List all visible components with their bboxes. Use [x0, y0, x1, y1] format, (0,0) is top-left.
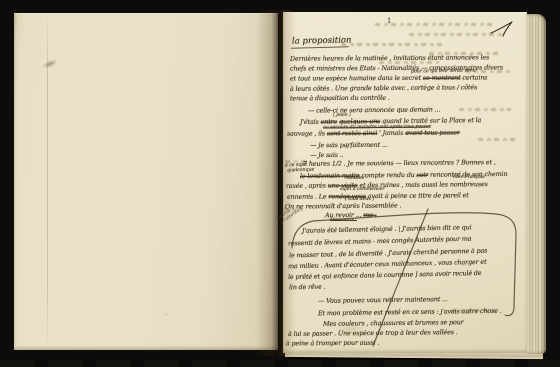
handwritten-text: — Je sais ..: [310, 151, 344, 159]
paper-stain: [164, 313, 169, 316]
manuscript-line: J'aurais été tellement éloigné . | J'aur…: [302, 223, 472, 235]
handwritten-text: rasée , après: [286, 182, 328, 190]
handwritten-text: ' Jamais: [377, 129, 405, 137]
handwritten-text: et tout une espèce humaine dans le secre…: [290, 74, 423, 83]
manuscript-line: — Vous pouvez vous retirer maintenant ..…: [318, 295, 448, 305]
decorative-strip: [0, 360, 560, 367]
manuscript-line: On ne reconnaît d'après l'assemblée .: [285, 201, 401, 210]
ink-corner-mark: [489, 20, 519, 40]
manuscript-line: Messieurs .: [330, 218, 357, 223]
manuscript-line: — celle-ci ne sera annoncée que demain .…: [308, 105, 440, 114]
handwritten-text: J'étais: [300, 118, 321, 126]
manuscript-line: rasée , après une visite et des ruines ,…: [286, 180, 488, 190]
struck-text: soir: [416, 171, 428, 179]
bleedthrough-mark: [341, 43, 446, 46]
handwritten-text: certains: [460, 73, 487, 81]
handwritten-text: 7 heures 1/2 . Je me souviens — lieux re…: [303, 158, 496, 168]
bleedthrough-mark: [375, 23, 493, 26]
handwritten-text: Mes couleurs , chaussures et brumes se p…: [323, 318, 464, 328]
handwritten-text: ennemis . Le: [287, 192, 328, 200]
margin-note: reprise à l'attente: [276, 204, 301, 226]
handwritten-text: ?: [346, 146, 348, 151]
handwritten-text: ressenti de lèvres et mains - mes congés…: [288, 235, 472, 248]
handwritten-text: Et mon problème est resté en ce sens : j…: [318, 307, 502, 318]
page-number: 1: [387, 17, 391, 25]
bleedthrough-mark: [459, 108, 511, 111]
title-underline: [291, 46, 349, 49]
handwritten-text: tenue à disposition du contrôle .: [290, 94, 390, 103]
fore-edge-page-stack: [527, 14, 546, 354]
handwritten-text: à lui se passer . Une espèce de trop à l…: [288, 328, 458, 338]
manuscript-line: tenue à disposition du contrôle .: [290, 94, 390, 103]
right-page: 1 la proposition Dernières heures de la …: [283, 12, 527, 353]
manuscript-line: 7 heures 1/2 . Je me souviens — lieux re…: [303, 158, 496, 168]
manuscript-line: ma milieu . Avant d'écouter ceux malchan…: [288, 258, 487, 271]
paper-stain: [41, 58, 58, 70]
handwritten-text: compte rendu du: [360, 171, 417, 180]
manuscript-line: et tout une espèce humaine dans le secre…: [290, 73, 487, 82]
manuscript-line: — Je sais ..: [310, 151, 344, 159]
handwritten-text: — Vous pouvez vous retirer maintenant ..…: [318, 295, 448, 305]
manuscript-line: ?: [346, 146, 348, 151]
manuscript-line: — Je sais parfaitement ...: [310, 141, 388, 150]
handwritten-text: à leurs côtés . Une grande table avec , …: [290, 83, 477, 93]
struck-text: sont restés ainsi: [327, 129, 377, 137]
manuscript-line: Dernières heures de la matinée , invitat…: [290, 53, 489, 62]
manuscript-line: sauvage , ils sont restés ainsi ' Jamais…: [287, 128, 460, 137]
handwritten-text: lin de rêve .: [289, 283, 326, 292]
struck-text: avant tous passer: [405, 128, 460, 136]
handwritten-text: ma milieu . Avant d'écouter ceux malchan…: [288, 258, 487, 271]
handwritten-text: On ne reconnaît d'après l'assemblée .: [285, 201, 401, 210]
manuscript-line: Mes couleurs , chaussures et brumes se p…: [323, 318, 464, 328]
manuscript-line: ressenti de lèvres et mains - mes congés…: [288, 235, 472, 248]
handwritten-text: avait à peine ce titre de pareil et: [366, 191, 469, 200]
manuscript-line: ennemis . Le rendez-vous avait à peine c…: [287, 191, 469, 201]
page-title: la proposition: [292, 35, 352, 46]
struck-text: ma .: [363, 211, 376, 219]
handwritten-text: J'aurais été tellement éloigné . | J'aur…: [302, 223, 472, 235]
manuscript-line: le prêté et qui enfonce dans la couronne…: [288, 269, 482, 281]
manuscript-scan: 1 la proposition Dernières heures de la …: [0, 0, 560, 367]
handwritten-text: Dernières heures de la matinée , invitat…: [290, 53, 489, 62]
handwritten-text: sauvage , ils: [287, 129, 327, 137]
handwritten-text: à peine à tromper pour aussi .: [286, 339, 379, 348]
left-page: [14, 13, 278, 350]
manuscript-line: à lui se passer . Une espèce de trop à l…: [288, 328, 458, 338]
struck-text: Messieurs .: [330, 218, 357, 223]
struck-text: se montrant: [423, 74, 461, 82]
manuscript-line: à peine à tromper pour aussi .: [286, 339, 379, 348]
manuscript-line: à leurs côtés . Une grande table avec , …: [290, 83, 477, 93]
handwritten-text: le prêté et qui enfonce dans la couronne…: [288, 269, 482, 281]
handwritten-text: — celle-ci ne sera annoncée que demain .…: [308, 105, 440, 114]
manuscript-line: lin de rêve .: [289, 283, 326, 292]
bleedthrough-mark: [409, 33, 505, 36]
handwritten-text: — Je sais parfaitement ...: [310, 141, 388, 150]
bleedthrough-mark: [478, 138, 516, 141]
manuscript-line: Et mon problème est resté en ce sens : j…: [318, 307, 502, 318]
